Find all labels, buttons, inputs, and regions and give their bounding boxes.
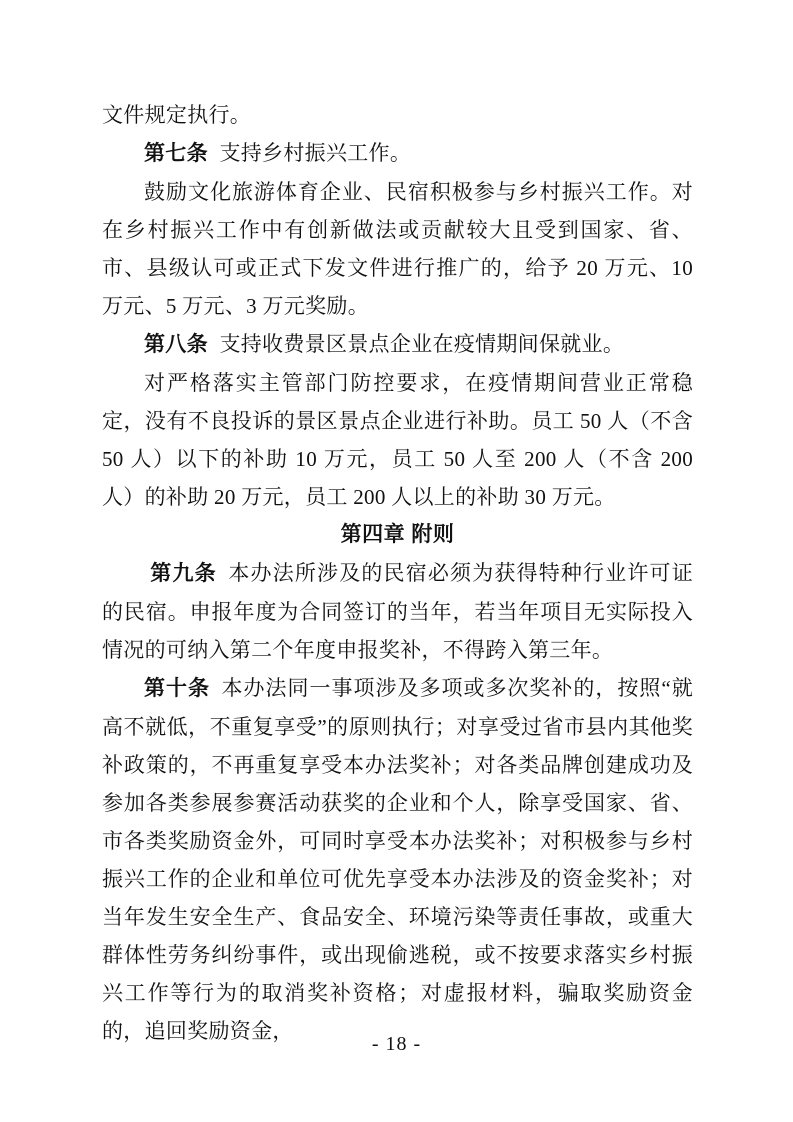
paragraph-text: 文件规定执行。 <box>102 103 251 127</box>
paragraph-text: 支持收费景区景点企业在疫情期间保就业。 <box>219 332 624 356</box>
paragraph-text: 本办法同一事项涉及多项或多次奖补的，按照“就高不就低，不重复享受”的原则执行；对… <box>102 676 693 1043</box>
paragraph: 第八条支持收费景区景点企业在疫情期间保就业。 <box>102 325 693 364</box>
paragraph-text: 鼓励文化旅游体育企业、民宿积极参与乡村振兴工作。对在乡村振兴工作中有创新做法或贡… <box>102 180 693 318</box>
chapter-heading: 第四章 附则 <box>102 516 693 554</box>
paragraph-text: 对严格落实主管部门防控要求，在疫情期间营业正常稳定，没有不良投诉的景区景点企业进… <box>102 371 693 509</box>
article-number-label: 第七条 <box>144 142 208 165</box>
paragraph: 鼓励文化旅游体育企业、民宿积极参与乡村振兴工作。对在乡村振兴工作中有创新做法或贡… <box>102 173 693 325</box>
article-number-label: 第九条 <box>150 562 217 585</box>
paragraph: 第七条支持乡村振兴工作。 <box>102 134 693 173</box>
page-number: - 18 - <box>0 1033 793 1056</box>
paragraph: 第九条本办法所涉及的民宿必须为获得特种行业许可证的民宿。申报年度为合同签订的当年… <box>102 554 693 669</box>
document-page: 文件规定执行。 第七条支持乡村振兴工作。 鼓励文化旅游体育企业、民宿积极参与乡村… <box>0 0 793 1122</box>
paragraph: 第十条本办法同一事项涉及多项或多次奖补的，按照“就高不就低，不重复享受”的原则执… <box>102 669 693 1050</box>
article-number-label: 第十条 <box>144 677 210 700</box>
document-body: 文件规定执行。 第七条支持乡村振兴工作。 鼓励文化旅游体育企业、民宿积极参与乡村… <box>102 96 693 1050</box>
paragraph: 文件规定执行。 <box>102 96 693 134</box>
article-number-label: 第八条 <box>144 333 208 356</box>
paragraph-text: 支持乡村振兴工作。 <box>219 141 411 165</box>
paragraph: 对严格落实主管部门防控要求，在疫情期间营业正常稳定，没有不良投诉的景区景点企业进… <box>102 364 693 516</box>
